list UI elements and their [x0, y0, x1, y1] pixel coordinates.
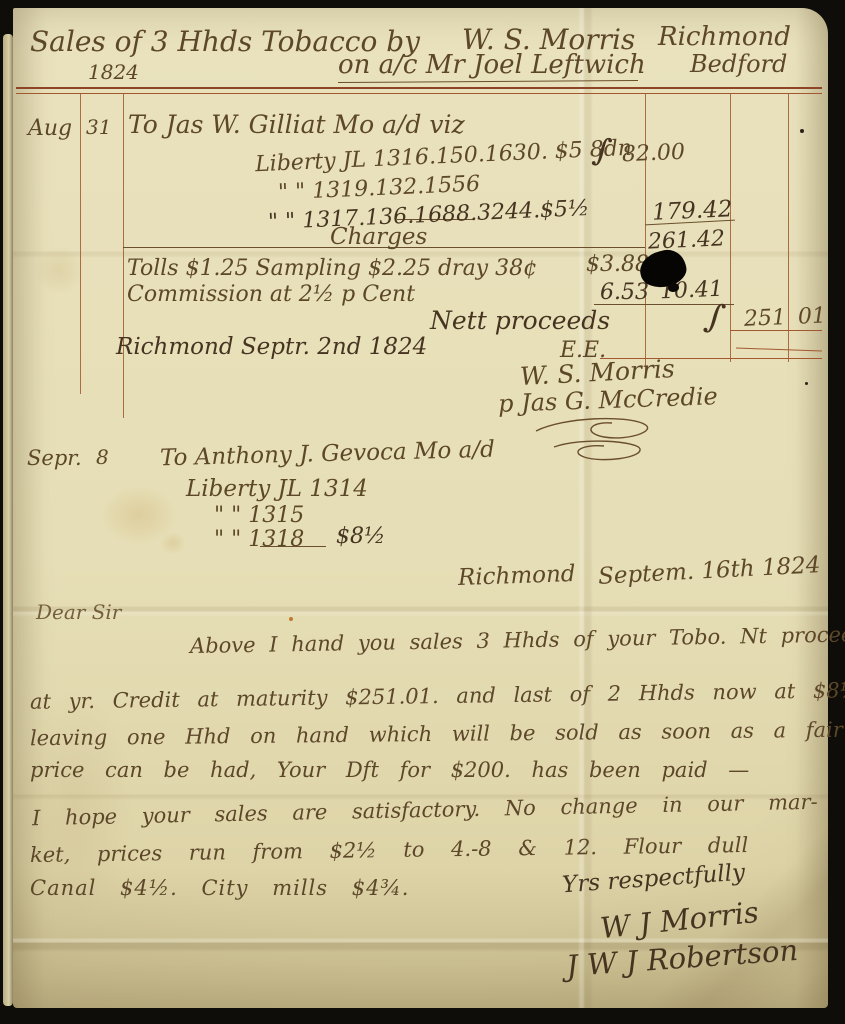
sale1-month: Aug [28, 118, 72, 140]
sale1-signature-2: p Jas G. McCredie [498, 384, 718, 416]
charges-label: Charges [330, 226, 427, 249]
header-rule-top [16, 87, 822, 89]
net-dollars: 251 [744, 307, 787, 331]
letter-dateline-place: Richmond [458, 563, 576, 590]
column-line-4 [730, 94, 731, 362]
sale2-month: Sepr. [27, 448, 82, 469]
sale1-row1-amount: 82.00 [622, 142, 686, 167]
scanned-document: Sales of 3 Hhds Tobacco by W. S. Morris … [0, 0, 845, 1024]
ink-speck [800, 129, 804, 133]
paper-stain [160, 532, 186, 554]
sale2-row1: Liberty JL 1314 [186, 478, 368, 501]
ink-blot-satellite [668, 283, 679, 292]
sale2-row3: " " 1318 [214, 529, 304, 551]
sale2-row2: " " 1315 [214, 505, 304, 527]
sale2-row3-price: $8½ [336, 526, 385, 548]
net-proceeds-label: Nett proceeds [430, 308, 610, 333]
column-line-5 [788, 94, 789, 362]
sale1-dateline: Richmond Septr. 2nd 1824 [116, 336, 427, 359]
sale1-row3-amount: 179.42 [652, 198, 733, 224]
under-page-edge [3, 34, 13, 1006]
column-line-1 [80, 94, 81, 394]
header-account-line: on a/c Mr Joel Leftwich [338, 52, 646, 78]
orange-speck [289, 617, 293, 621]
header-year: 1824 [88, 62, 139, 82]
signature-flourish [530, 415, 670, 465]
ink-speck [805, 382, 808, 385]
header-title-place: Richmond [658, 24, 791, 50]
subtotal-amount: 261.42 [648, 228, 726, 253]
charges-row2-desc: Commission at 2½ p Cent [127, 284, 415, 306]
paper-stain [34, 245, 84, 295]
header-rule-bottom [16, 93, 822, 94]
net-cents: 01 [798, 305, 827, 328]
header-account-place: Bedford [690, 52, 787, 76]
charges-row2-amount: 6.53 [600, 282, 649, 304]
charges-row1-desc: Tolls $1.25 Sampling $2.25 dray 38¢ [127, 258, 537, 280]
letter-line-7: Canal $4½. City mills $4¾. [30, 878, 409, 899]
letter-line-4: price can be had, Your Dft for $200. has… [30, 760, 749, 781]
column-line-3 [645, 94, 646, 376]
letter-salutation: Dear Sir [36, 602, 121, 622]
column-line-2 [123, 94, 124, 418]
sale2-day: 8 [96, 447, 109, 467]
sale1-heading: To Jas W. Gilliat Mo a/d viz [128, 112, 465, 137]
sale1-day: 31 [86, 117, 111, 137]
